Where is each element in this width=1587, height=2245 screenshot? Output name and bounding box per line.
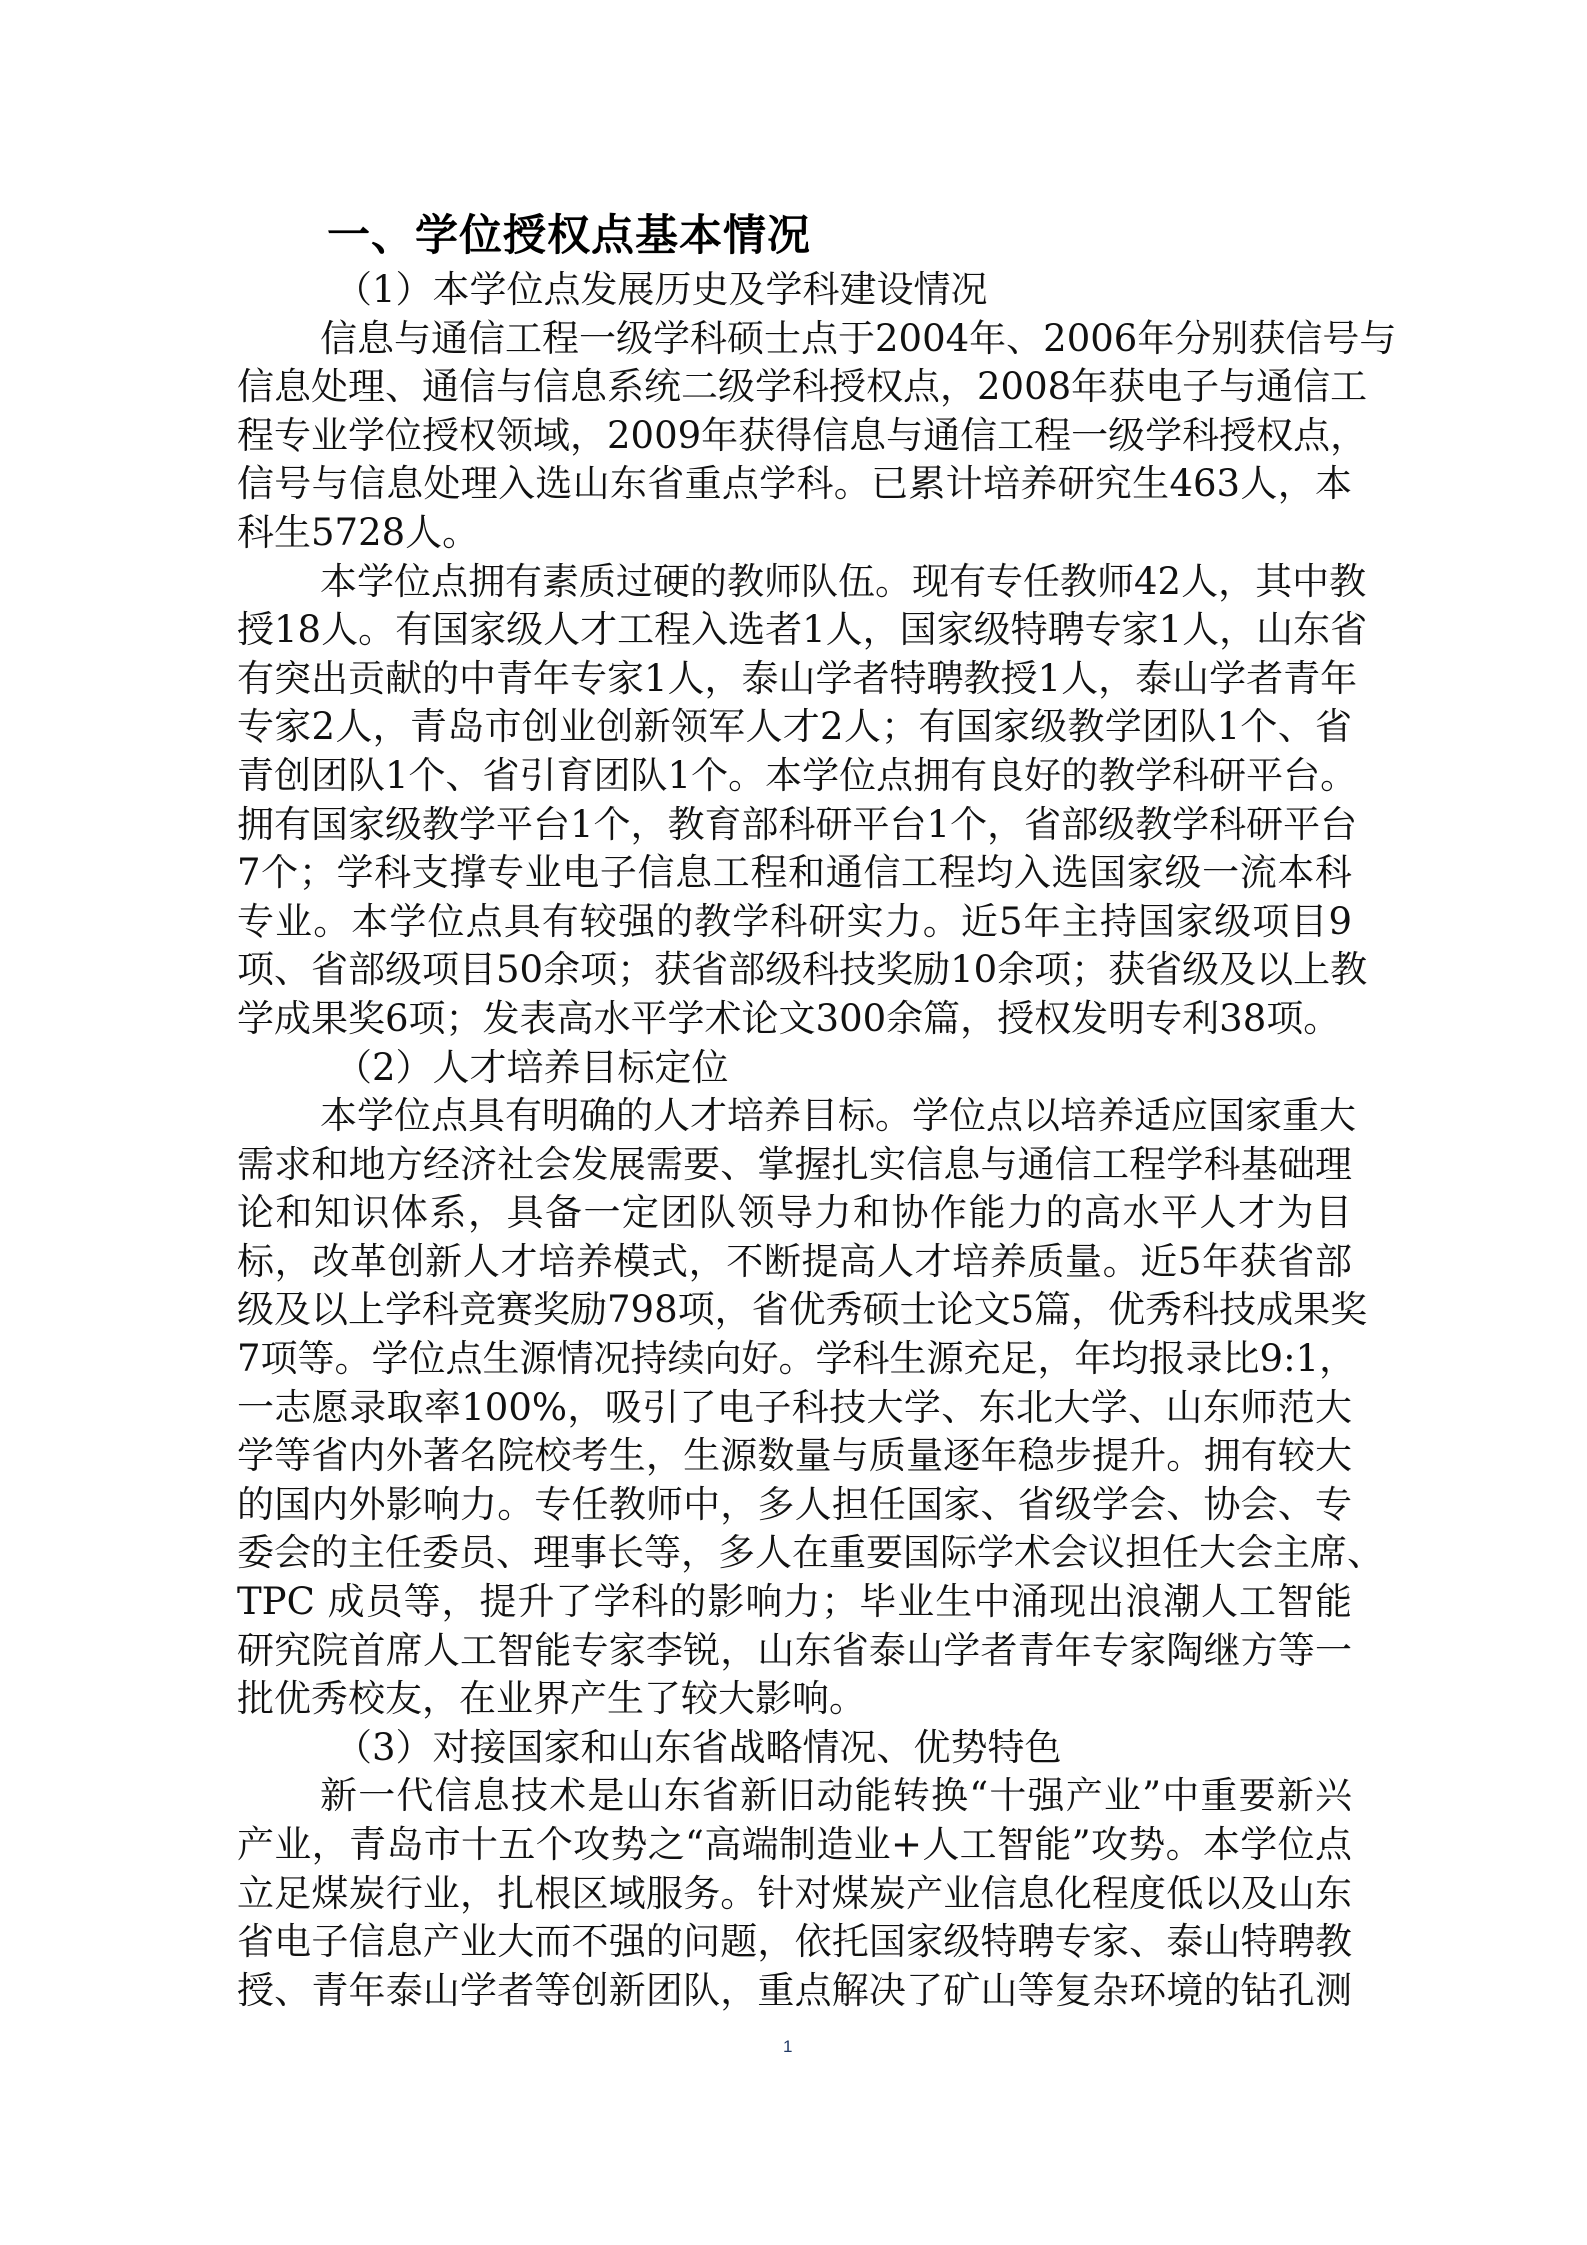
text-line: 本学位点具有明确的人才培养目标。学位点以培养适应国家重大 — [237, 1092, 1352, 1141]
text-line: 科生5728人。 — [237, 509, 1352, 558]
text-line: 项、省部级项目50余项；获省部级科技奖励10余项；获省级及以上教 — [237, 946, 1352, 995]
text-line: 专家2人，青岛市创业创新领军人才2人；有国家级教学团队1个、省 — [237, 703, 1352, 752]
text-line: TPC 成员等，提升了学科的影响力；毕业生中涌现出浪潮人工智能 — [237, 1578, 1352, 1627]
paragraph-2-1: 本学位点具有明确的人才培养目标。学位点以培养适应国家重大 需求和地方经济社会发展… — [237, 1092, 1352, 1724]
text-line: 7项等。学位点生源情况持续向好。学科生源充足，年均报录比9:1， — [237, 1335, 1352, 1384]
text-line: 信号与信息处理入选山东省重点学科。已累计培养研究生463人，本 — [237, 460, 1352, 509]
text-line: 青创团队1个、省引育团队1个。本学位点拥有良好的教学科研平台。 — [237, 752, 1352, 801]
text-line: 产业，青岛市十五个攻势之“高端制造业+人工智能”攻势。本学位点 — [237, 1821, 1352, 1870]
text-line: 需求和地方经济社会发展需要、掌握扎实信息与通信工程学科基础理 — [237, 1141, 1352, 1190]
text-line: 学等省内外著名院校考生，生源数量与质量逐年稳步提升。拥有较大 — [237, 1432, 1352, 1481]
text-line: 信息处理、通信与信息系统二级学科授权点，2008年获电子与通信工 — [237, 363, 1352, 412]
text-line: 的国内外影响力。专任教师中，多人担任国家、省级学会、协会、专 — [237, 1481, 1352, 1530]
subsection-title-2: （2）人才培养目标定位 — [237, 1044, 1352, 1093]
text-line: 立足煤炭行业，扎根区域服务。针对煤炭产业信息化程度低以及山东 — [237, 1870, 1352, 1919]
paragraph-1-1: 信息与通信工程一级学科硕士点于2004年、2006年分别获信号与 信息处理、通信… — [237, 315, 1352, 558]
text-line: 委会的主任委员、理事长等，多人在重要国际学术会议担任大会主席、 — [237, 1529, 1352, 1578]
text-line: 授、青年泰山学者等创新团队，重点解决了矿山等复杂环境的钻孔测 — [237, 1967, 1352, 2016]
paragraph-3-1: 新一代信息技术是山东省新旧动能转换“十强产业”中重要新兴 产业，青岛市十五个攻势… — [237, 1772, 1352, 2015]
text-line: 本学位点拥有素质过硬的教师队伍。现有专任教师42人，其中教 — [237, 558, 1352, 607]
text-line: 省电子信息产业大而不强的问题，依托国家级特聘专家、泰山特聘教 — [237, 1918, 1352, 1967]
document-page: 一、学位授权点基本情况 （1）本学位点发展历史及学科建设情况 信息与通信工程一级… — [0, 0, 1587, 2245]
subsection-title-1: （1）本学位点发展历史及学科建设情况 — [237, 266, 1352, 315]
section-heading: 一、学位授权点基本情况 — [327, 208, 811, 264]
text-line: 新一代信息技术是山东省新旧动能转换“十强产业”中重要新兴 — [237, 1772, 1352, 1821]
paragraph-1-2: 本学位点拥有素质过硬的教师队伍。现有专任教师42人，其中教 授18人。有国家级人… — [237, 558, 1352, 1044]
text-line: 研究院首席人工智能专家李锐，山东省泰山学者青年专家陶继方等一 — [237, 1627, 1352, 1676]
page-number: 1 — [783, 2037, 792, 2057]
text-line: 一志愿录取率100%，吸引了电子科技大学、东北大学、山东师范大 — [237, 1384, 1352, 1433]
text-line: 学成果奖6项；发表高水平学术论文300余篇，授权发明专利38项。 — [237, 995, 1352, 1044]
section-1: （1）本学位点发展历史及学科建设情况 信息与通信工程一级学科硕士点于2004年、… — [237, 266, 1352, 2015]
subsection-title-3: （3）对接国家和山东省战略情况、优势特色 — [237, 1724, 1352, 1773]
text-line: 拥有国家级教学平台1个，教育部科研平台1个，省部级教学科研平台 — [237, 801, 1352, 850]
text-line: 有突出贡献的中青年专家1人，泰山学者特聘教授1人，泰山学者青年 — [237, 655, 1352, 704]
text-line: 标，改革创新人才培养模式，不断提高人才培养质量。近5年获省部 — [237, 1238, 1352, 1287]
text-line: 专业。本学位点具有较强的教学科研实力。近5年主持国家级项目9 — [237, 898, 1352, 947]
text-line: 级及以上学科竞赛奖励798项，省优秀硕士论文5篇，优秀科技成果奖 — [237, 1286, 1352, 1335]
text-line: 程专业学位授权领域，2009年获得信息与通信工程一级学科授权点， — [237, 412, 1352, 461]
text-line: 授18人。有国家级人才工程入选者1人，国家级特聘专家1人，山东省 — [237, 606, 1352, 655]
text-line: 信息与通信工程一级学科硕士点于2004年、2006年分别获信号与 — [237, 315, 1352, 364]
text-line: 论和知识体系，具备一定团队领导力和协作能力的高水平人才为目 — [237, 1189, 1352, 1238]
text-line: 批优秀校友，在业界产生了较大影响。 — [237, 1675, 1352, 1724]
text-line: 7个；学科支撑专业电子信息工程和通信工程均入选国家级一流本科 — [237, 849, 1352, 898]
